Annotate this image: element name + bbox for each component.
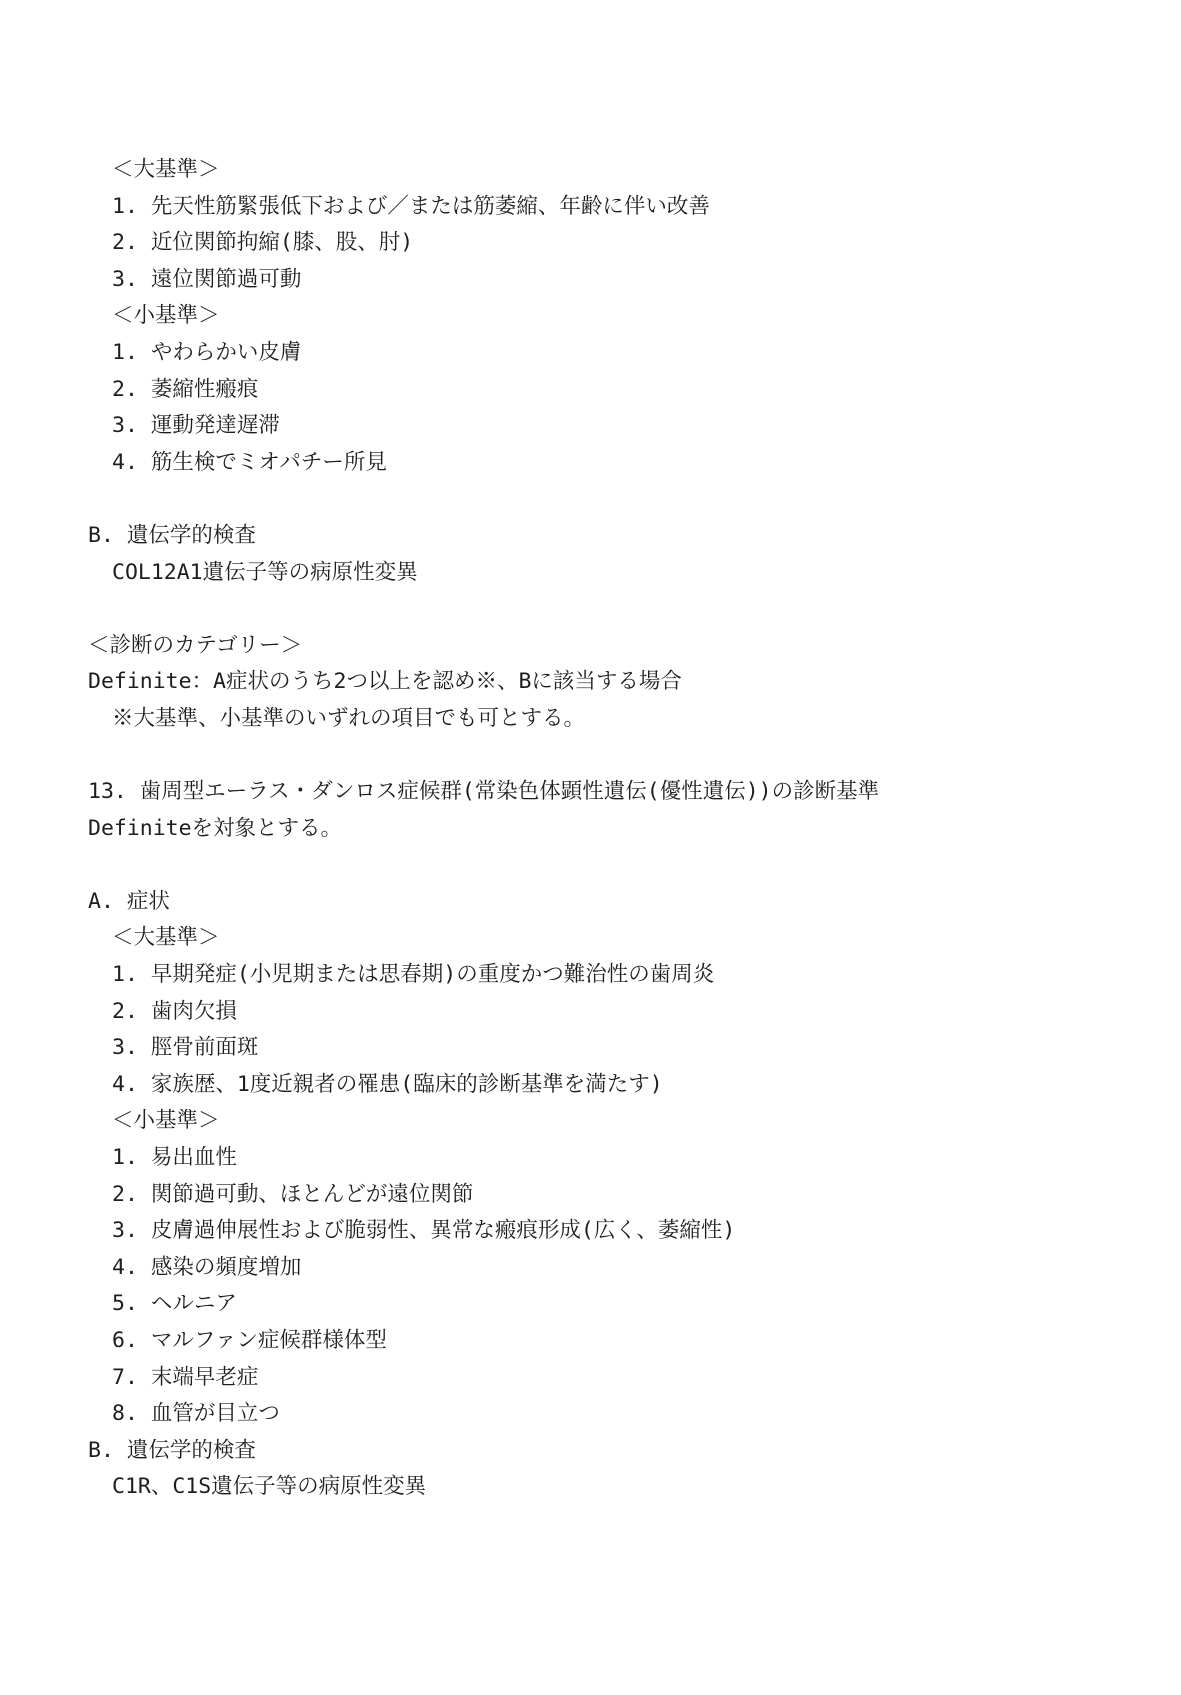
criteria-heading-major: ＜大基準＞ [88, 920, 1161, 957]
criteria-item: 5. ヘルニア [88, 1286, 1161, 1323]
criteria-item: 1. 先天性筋緊張低下および／または筋萎縮、年齢に伴い改善 [88, 189, 1161, 226]
document-body: ＜大基準＞1. 先天性筋緊張低下および／または筋萎縮、年齢に伴い改善2. 近位関… [88, 152, 1161, 1506]
criteria-item: 3. 脛骨前面斑 [88, 1030, 1161, 1067]
criteria-item: 1. 易出血性 [88, 1140, 1161, 1177]
criteria-item: 1. 早期発症(小児期または思春期)の重度かつ難治性の歯周炎 [88, 957, 1161, 994]
criteria-heading-minor: ＜小基準＞ [88, 1103, 1161, 1140]
document-page: ＜大基準＞1. 先天性筋緊張低下および／または筋萎縮、年齢に伴い改善2. 近位関… [0, 0, 1181, 1695]
definite-scope-line: Definiteを対象とする。 [88, 811, 1161, 848]
gene-line: C1R、C1S遺伝子等の病原性変異 [88, 1469, 1161, 1506]
criteria-heading-minor: ＜小基準＞ [88, 298, 1161, 335]
definite-line: Definite：A症状のうち2つ以上を認め※、Bに該当する場合 [88, 664, 1161, 701]
section-title: 13. 歯周型エーラス・ダンロス症候群(常染色体顕性遺伝(優性遺伝))の診断基準 [88, 774, 1161, 811]
criteria-item: 4. 感染の頻度増加 [88, 1250, 1161, 1287]
criteria-item: 2. 関節過可動、ほとんどが遠位関節 [88, 1177, 1161, 1214]
criteria-item: 3. 遠位関節過可動 [88, 262, 1161, 299]
blank-line [88, 847, 1161, 884]
section-label: B. 遺伝学的検査 [88, 518, 1161, 555]
section-label: B. 遺伝学的検査 [88, 1433, 1161, 1470]
criteria-item: 2. 近位関節拘縮(膝、股、肘) [88, 225, 1161, 262]
criteria-heading-major: ＜大基準＞ [88, 152, 1161, 189]
criteria-item: 2. 歯肉欠損 [88, 994, 1161, 1031]
criteria-item: 1. やわらかい皮膚 [88, 335, 1161, 372]
criteria-item: 6. マルファン症候群様体型 [88, 1323, 1161, 1360]
criteria-item: 3. 運動発達遅滞 [88, 408, 1161, 445]
blank-line [88, 738, 1161, 775]
section-label: A. 症状 [88, 884, 1161, 921]
criteria-heading-diagnosis-category: ＜診断のカテゴリー＞ [88, 628, 1161, 665]
criteria-item: 3. 皮膚過伸展性および脆弱性、異常な瘢痕形成(広く、萎縮性) [88, 1213, 1161, 1250]
gene-line: COL12A1遺伝子等の病原性変異 [88, 555, 1161, 592]
note-line: ※大基準、小基準のいずれの項目でも可とする。 [88, 701, 1161, 738]
criteria-item: 7. 末端早老症 [88, 1360, 1161, 1397]
criteria-item: 8. 血管が目立つ [88, 1396, 1161, 1433]
criteria-item: 4. 筋生検でミオパチー所見 [88, 445, 1161, 482]
criteria-item: 2. 萎縮性瘢痕 [88, 372, 1161, 409]
blank-line [88, 481, 1161, 518]
criteria-item: 4. 家族歴、1度近親者の罹患(臨床的診断基準を満たす) [88, 1067, 1161, 1104]
blank-line [88, 591, 1161, 628]
